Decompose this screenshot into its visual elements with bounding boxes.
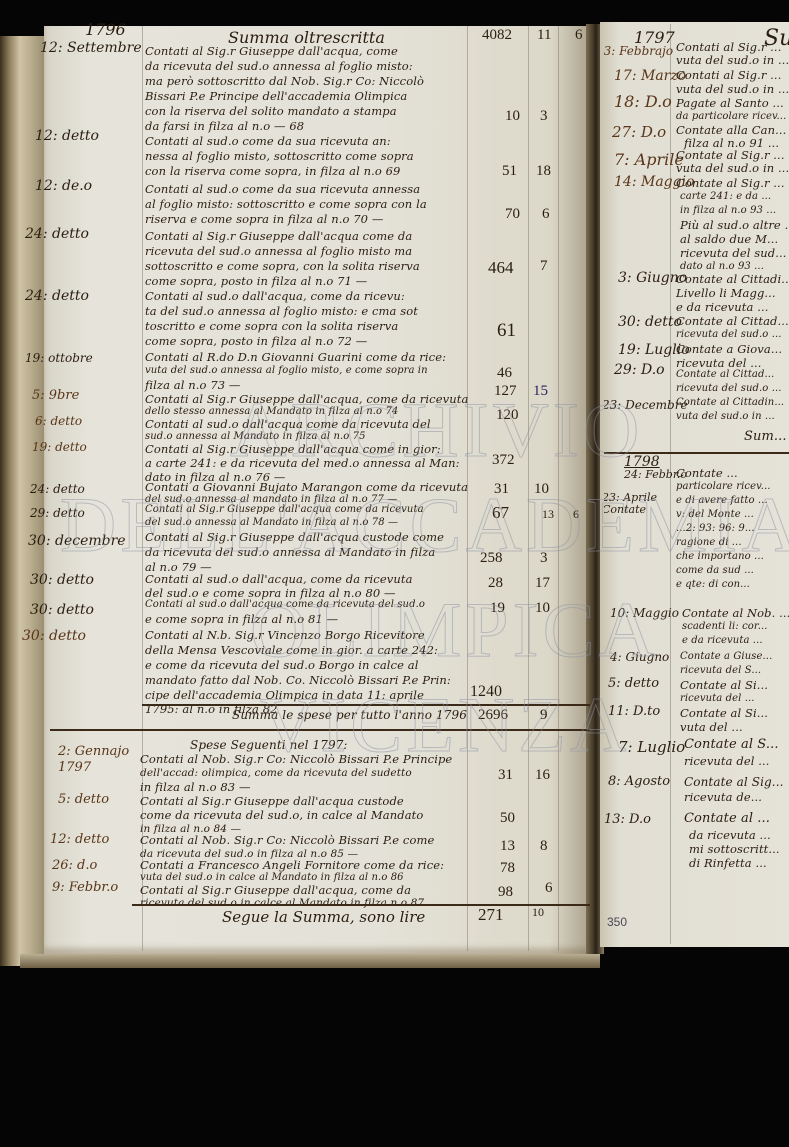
subtotal-rule-top	[142, 704, 590, 706]
entry-text-line: Bissari P.e Principe dell'accademia Olim…	[145, 89, 407, 104]
entry-date: 7: Luglio	[618, 738, 685, 756]
entry-text-line: vuta del sud.o in ...	[676, 82, 789, 97]
entry-text-line: filza al n.o 73 —	[145, 378, 241, 393]
entry-date: 18: D.o	[614, 92, 672, 111]
entry-soldi: 6	[542, 206, 550, 223]
entry-text-line: e da ricevuta ...	[682, 634, 763, 649]
entry-text-line: v: del Monte ...	[676, 508, 754, 523]
entry-date: 12: Settembre	[40, 40, 142, 56]
entry-date: 9: Febbr.o	[52, 880, 118, 895]
entry-date: 29: detto	[30, 506, 85, 520]
entry-text-line: della Mensa Vescoviale come in gior. a c…	[145, 643, 438, 658]
right-summa-line: Sum...	[744, 430, 787, 445]
entry-lire: 31	[498, 767, 513, 784]
section-heading-1797: Spese Seguenti nel 1797:	[190, 738, 348, 753]
entry-date: 12: detto	[35, 128, 99, 144]
entry-text-line: Contati al Sig.r ...	[676, 68, 781, 83]
entry-lire: 98	[498, 884, 513, 901]
entry-text-line: Contati al Nob. Sig.r Co: Niccolò Bissar…	[140, 833, 434, 848]
entry-soldi: 8	[540, 838, 548, 855]
entry-text-line: come da ricevuta del sud.o, in calce al …	[140, 808, 423, 823]
entry-lire: 31	[494, 481, 509, 498]
entry-text-line: del sud.o annessa al Mandato in filza al…	[145, 516, 398, 531]
entry-text-line: Contate ...	[676, 466, 738, 481]
entry-lire: 61	[497, 320, 516, 342]
entry-soldi: 15	[533, 383, 548, 400]
entry-date: 12: detto	[50, 832, 109, 847]
entry-text-line: Contati al Sig.r Giuseppe dall'acqua com…	[145, 229, 412, 244]
subtotal-rule-bottom	[50, 729, 590, 731]
entry-date: 7: Aprile	[614, 150, 684, 169]
entry-text-line: con la riserva del solito mandato a stam…	[145, 104, 397, 119]
subtotal-lire: 2696	[478, 707, 508, 724]
entry-lire: 464	[488, 258, 514, 278]
entry-soldi: 10	[535, 600, 550, 617]
right-page-content: 1797 Su... 23: Febbrajo Contati al Sig.r…	[604, 22, 789, 932]
footer-soldi: 10	[532, 905, 544, 920]
entry-text-line: vuta del sud.o in ...	[676, 410, 775, 425]
entry-text-line: Contati al sud.o dall'acqua, come da ric…	[145, 572, 413, 587]
entry-date: 2: Gennajo 1797	[58, 744, 143, 776]
entry-text-line: Contati al Sig.r Giuseppe dall'acqua com…	[145, 442, 441, 457]
entry-text-line: e di avere fatto ...	[676, 494, 768, 509]
entry-text-line: ricevuta del ...	[680, 692, 755, 707]
entry-text-line: e come sopra in filza al n.o 81 —	[145, 612, 338, 627]
entry-date: 30: detto	[22, 628, 86, 644]
entry-date: 19: detto	[32, 440, 87, 454]
entry-soldi: 3	[540, 108, 548, 125]
entry-date: 27: D.o	[612, 123, 666, 141]
entry-date: 5: 9bre	[32, 388, 79, 403]
entry-text-line: riserva e come sopra in filza al n.o 70 …	[145, 212, 383, 227]
entry-date: 26: d.o	[52, 858, 97, 873]
entry-text-line: Contati al Sig.r Giuseppe dall'acqua cus…	[140, 794, 404, 809]
entry-text-line: come sopra, posto in filza al n.o 72 —	[145, 334, 367, 349]
folio-number: 350	[607, 915, 627, 929]
entry-text-line: Livello li Magg...	[676, 286, 776, 301]
entry-text-line: Contati al Sig.r Giuseppe dall'acqua, co…	[145, 44, 398, 59]
denari-column-rule	[558, 26, 559, 951]
entry-text-line: Pagate al Santo ...	[676, 96, 784, 111]
entry-text-line: ma però sottoscritto dal Nob. Sig.r Co: …	[145, 74, 424, 89]
entry-lire: 70	[505, 206, 520, 223]
entry-date: 24: detto	[30, 482, 85, 496]
entry-date: 4: Giugno	[610, 650, 669, 664]
subtotal-label: Summa le spese per tutto l'anno 1796	[232, 708, 467, 723]
entry-text-line: ricevuta del sud.o ...	[676, 382, 782, 397]
entry-text-line: Contati al N.b. Sig.r Vincenzo Borgo Ric…	[145, 628, 425, 643]
entry-text-line: Contate al Cittad...	[676, 314, 789, 329]
entry-text-line: ragione di ...	[676, 536, 742, 551]
entry-lire: 78	[500, 860, 515, 877]
entry-text-line: toscritto e come sopra con la solita ris…	[145, 319, 398, 334]
entry-lire: 120	[496, 407, 519, 424]
entry-text-line: ricevuta de...	[684, 790, 762, 805]
entry-soldi: 3	[540, 550, 548, 567]
footer-label: Segue la Summa, sono lire	[222, 908, 425, 926]
entry-text-line: carte 241: e da ...	[680, 190, 771, 205]
entry-soldi: 6	[545, 880, 553, 897]
page-stack-edge	[0, 36, 44, 966]
carried-lire: 4082	[482, 27, 512, 44]
entry-soldi: 13	[542, 507, 554, 522]
entry-text-line: Contati al sud.o dall'acqua come da rice…	[145, 598, 425, 613]
entry-date: 24: detto	[25, 226, 89, 242]
entry-text-line: vuta del ...	[680, 720, 743, 735]
entry-text-line: e qte: di con...	[676, 578, 750, 593]
entry-lire: 1240	[470, 683, 502, 701]
entry-soldi: 16	[535, 767, 550, 784]
entry-denari: 6	[573, 507, 579, 522]
entry-text-line: Contati al sud.o come da sua ricevuta an…	[145, 182, 420, 197]
entry-text-line: come da sud ...	[676, 564, 754, 579]
page-bottom-edge	[20, 954, 600, 968]
entry-date: 23: Aprile Contate	[604, 492, 674, 516]
entry-text-line: ricevuta del sud...	[680, 246, 787, 261]
entry-date: 24: detto	[25, 288, 89, 304]
subtotal-soldi: 9	[540, 707, 548, 724]
entry-date: 23: Febbrajo	[604, 44, 673, 58]
entry-text-line: e come da ricevuta del sud.o Borgo in ca…	[145, 658, 419, 673]
entry-date: 30: detto	[30, 572, 94, 588]
entry-date: 12: de.o	[35, 178, 92, 194]
entry-text-line: dell'accad: olimpica, come da ricevuta d…	[140, 766, 412, 781]
entry-lire: 10	[505, 108, 520, 125]
entry-text-line: Contate al Cittadin...	[676, 396, 784, 411]
entry-text-line: Contati al Sig.r Giuseppe dall'acqua cus…	[145, 530, 444, 545]
entry-date: 29: D.o	[614, 362, 665, 378]
entry-text-line: a carte 241: e da ricevuta del med.o ann…	[145, 456, 460, 471]
entry-text-line: al foglio misto: sottoscritto e come sop…	[145, 197, 427, 212]
entry-lire: 50	[500, 810, 515, 827]
entry-date: 11: D.to	[608, 704, 660, 719]
entry-text-line: con la riserva come sopra, in filza al n…	[145, 164, 400, 179]
entry-text-line: di Rinfetta ...	[689, 856, 767, 871]
entry-lire: 19	[490, 600, 505, 617]
entry-text-line: Contati al R.do D.n Giovanni Guarini com…	[145, 350, 446, 365]
entry-soldi: 18	[536, 163, 551, 180]
carried-denari: 6	[575, 27, 583, 44]
entry-text-line: mi sottoscritt...	[689, 842, 780, 857]
entry-text-line: nessa al foglio misto, sottoscritto come…	[145, 149, 414, 164]
entry-lire: 46	[497, 365, 512, 382]
entry-text-line: Contate al Cittadi...	[676, 272, 789, 287]
entry-text-line: al saldo due M...	[680, 232, 778, 247]
year-heading: 1796	[85, 20, 126, 39]
footer-lire: 271	[478, 905, 504, 925]
entry-text-line: Contati al sud.o come da sua ricevuta an…	[145, 134, 391, 149]
entry-text-line: Contate al Sig.r ...	[676, 176, 785, 191]
entry-text-line: ricevuta del sud.o annessa al foglio mis…	[145, 244, 412, 259]
entry-lire: 127	[494, 383, 517, 400]
entry-text-line: Contate al Si...	[680, 678, 768, 693]
entry-text-line: da farsi in filza al n.o — 68	[145, 119, 304, 134]
entry-date: 10: Maggio	[610, 606, 679, 620]
entry-lire: 258	[480, 550, 503, 567]
entry-text-line: Contate al Si...	[680, 706, 768, 721]
entry-text-line: in filza al n.o 83 —	[140, 780, 251, 795]
entry-date: 30: detto	[30, 602, 94, 618]
entry-text-line: ta del sud.o annessa al foglio misto: e …	[145, 304, 418, 319]
entry-text-line: mandato fatto dal Nob. Co. Niccolò Bissa…	[145, 673, 451, 688]
footer-rule	[132, 904, 590, 906]
entry-lire: 28	[488, 575, 503, 592]
entry-text-line: Più al sud.o altre ...	[680, 218, 789, 233]
entry-lire: 51	[502, 163, 517, 180]
entry-text-line: Contati al sud.o dall'acqua, come da ric…	[145, 289, 405, 304]
entry-date: 6: detto	[35, 414, 82, 428]
entry-text-line: cipe dell'accademia Olimpica in data 11:…	[145, 688, 424, 703]
entry-date: 5: detto	[58, 792, 109, 807]
entry-text-line: Contate al Sig...	[684, 775, 784, 790]
entry-text-line: Contate a Giuse...	[680, 650, 772, 665]
soldi-column-rule	[528, 26, 529, 951]
entry-date: 13: D.o	[604, 812, 651, 827]
carried-soldi: 11	[537, 27, 551, 44]
entry-text-line: sottoscritto e come sopra, con la solita…	[145, 259, 420, 274]
entry-date: 5: detto	[608, 676, 659, 691]
entry-soldi: 7	[540, 258, 548, 275]
entry-text-line: Contate a Giova...	[676, 342, 782, 357]
entry-text-line: vuta del sud.o annessa al foglio misto, …	[145, 364, 428, 379]
entry-text-line: particolare ricev...	[676, 480, 771, 495]
entry-soldi: 10	[534, 481, 549, 498]
entry-lire: 13	[500, 838, 515, 855]
entry-text-line: Contati al Nob. Sig.r Co: Niccolò Bissar…	[140, 752, 452, 767]
entry-text-line: in filza al n.o 93 ...	[680, 204, 776, 219]
entry-text-line: ricevuta del ...	[684, 754, 770, 769]
entry-text-line: Contate al S...	[684, 738, 779, 753]
entry-date: 30: detto	[618, 314, 682, 330]
entry-text-line: ricevuta del sud.o ...	[676, 328, 782, 343]
entry-lire: 67	[492, 503, 509, 523]
entry-text-line: che importano ...	[676, 550, 764, 565]
entry-date: 30: decembre	[28, 533, 126, 549]
entry-text-line: Contate al Cittad...	[676, 368, 774, 383]
entry-text-line: da ricevuta del sud.o annessa al foglio …	[145, 59, 413, 74]
entry-text-line: Contate al ...	[684, 812, 770, 827]
entry-text-line: ...2: 93: 96: 9...	[676, 522, 755, 537]
entry-lire: 372	[492, 452, 515, 469]
entry-text-line: scadenti li: cor...	[682, 620, 768, 635]
entry-text-line: e da ricevuta ...	[676, 300, 768, 315]
entry-text-line: vuta del sud.o in ...	[676, 53, 789, 68]
entry-date: 8: Agosto	[608, 774, 670, 789]
entry-text-line: Contate al Nob. ...	[682, 606, 789, 621]
entry-text-line: come sopra, posto in filza al n.o 71 —	[145, 274, 367, 289]
entry-soldi: 17	[535, 575, 550, 592]
entry-text-line: da ricevuta ...	[689, 828, 771, 843]
entry-text-line: da ricevuta del sud.o annessa al Mandato…	[145, 545, 435, 560]
entry-text-line: ricevuta del S...	[680, 664, 761, 679]
entry-date: 19: ottobre	[25, 351, 93, 365]
